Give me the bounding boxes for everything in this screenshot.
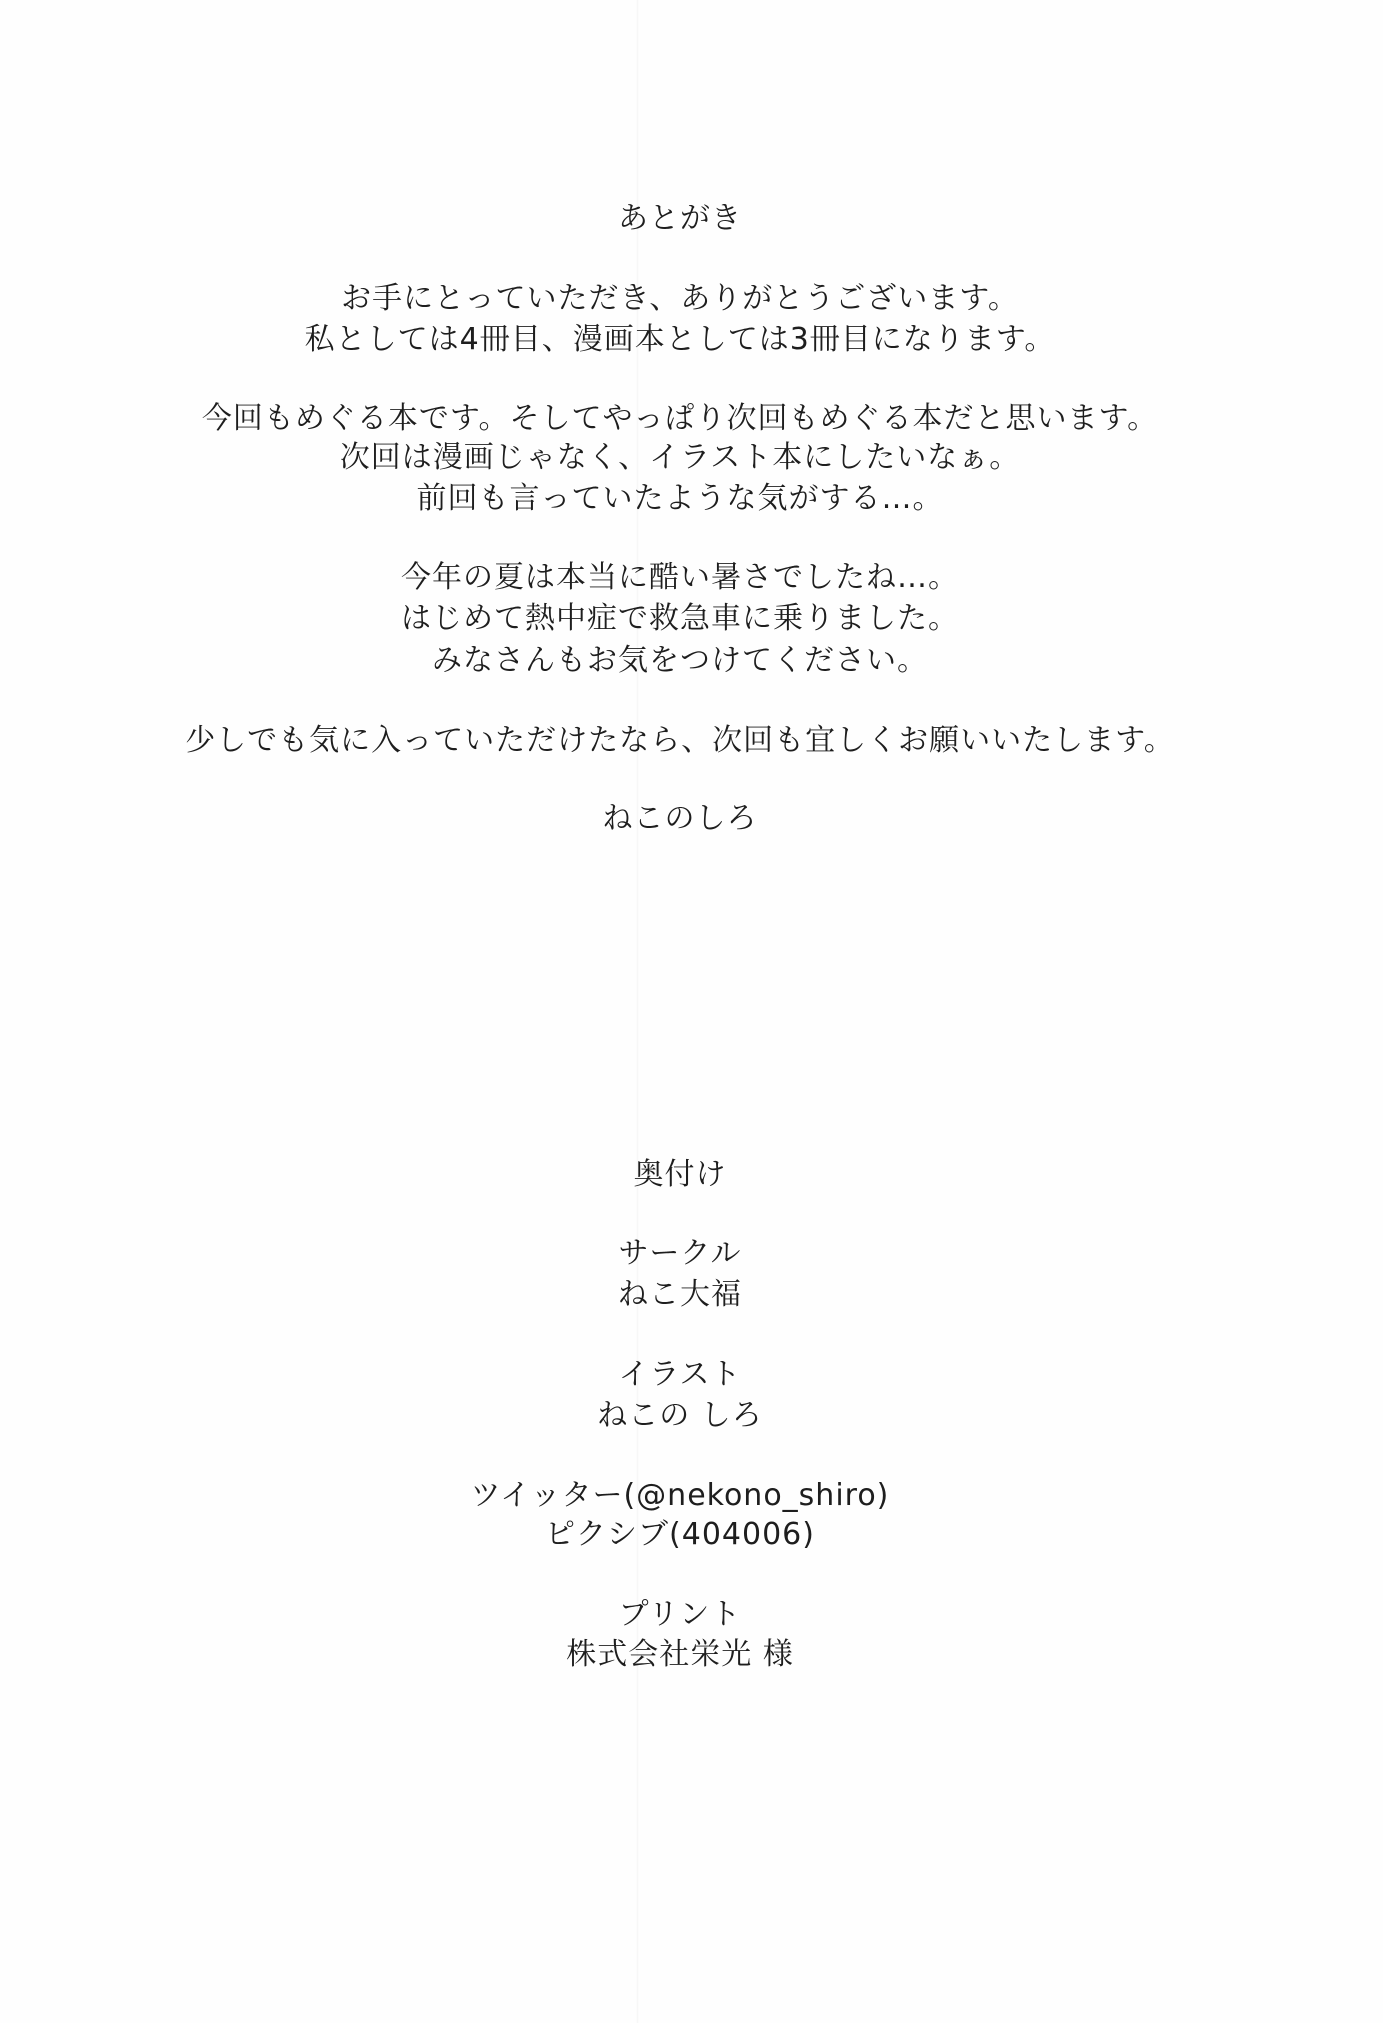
afterword-line: 少しでも気に入っていただけたなら、次回も宜しくお願いいたします。 [0, 723, 1360, 759]
afterword-line: みなさんもお気をつけてください。 [0, 643, 1360, 679]
afterword-signature: ねこのしろ [0, 801, 1360, 837]
colophon-print-value: 株式会社栄光 様 [0, 1637, 1360, 1673]
book-page: あとがき お手にとっていただき、ありがとうございます。 私としては4冊目、漫画本… [0, 0, 1383, 2023]
colophon-twitter: ツイッター(@nekono_shiro) [0, 1478, 1360, 1514]
afterword-line: 今年の夏は本当に酷い暑さでしたね…。 [0, 560, 1360, 596]
colophon-circle-value: ねこ大福 [0, 1277, 1360, 1313]
afterword-line: 前回も言っていたような気がする…。 [0, 481, 1360, 517]
colophon-circle-label: サークル [0, 1236, 1360, 1272]
afterword-line: お手にとっていただき、ありがとうございます。 [0, 281, 1360, 317]
afterword-line: はじめて熱中症で救急車に乗りました。 [0, 601, 1360, 637]
afterword-title: あとがき [0, 201, 1360, 237]
colophon-illustration-label: イラスト [0, 1357, 1360, 1393]
afterword-line: 私としては4冊目、漫画本としては3冊目になります。 [0, 322, 1360, 358]
colophon-title: 奥付け [0, 1157, 1360, 1193]
afterword-line: 今回もめぐる本です。そしてやっぱり次回もめぐる本だと思います。 [0, 401, 1360, 437]
colophon-illustration-value: ねこの しろ [0, 1398, 1360, 1434]
colophon-pixiv: ピクシブ(404006) [0, 1517, 1360, 1553]
afterword-line: 次回は漫画じゃなく、イラスト本にしたいなぁ。 [0, 440, 1360, 476]
colophon-print-label: プリント [0, 1597, 1360, 1633]
